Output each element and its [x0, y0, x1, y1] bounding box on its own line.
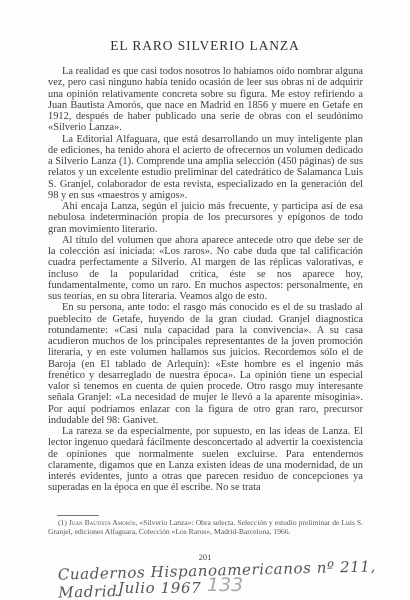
paragraph: Al título del volumen que ahora aparece …: [48, 235, 363, 303]
paragraph: La realidad es que casi todos nosotros l…: [48, 66, 363, 134]
handwritten-date: Julio 1967: [118, 579, 201, 597]
footnote-marker: (1): [58, 518, 67, 527]
footnote: (1) Juan Bautista Amorós, «Silverio Lanz…: [48, 518, 363, 536]
article-body: La realidad es que casi todos nosotros l…: [48, 66, 363, 494]
article-title: EL RARO SILVERIO LANZA: [0, 38, 410, 54]
paragraph: En su persona, ante todo: el rasgo más c…: [48, 302, 363, 426]
footnote-divider: [57, 515, 99, 516]
footnote-author: Juan Bautista Amorós: [69, 518, 136, 527]
handwritten-number: 133: [207, 574, 243, 596]
paragraph: La rareza se da especialmente, por supue…: [48, 426, 363, 494]
paragraph: Ahí encaja Lanza, según el juicio más fr…: [48, 201, 363, 235]
paragraph: La Editorial Alfaguara, que está desarro…: [48, 134, 363, 202]
